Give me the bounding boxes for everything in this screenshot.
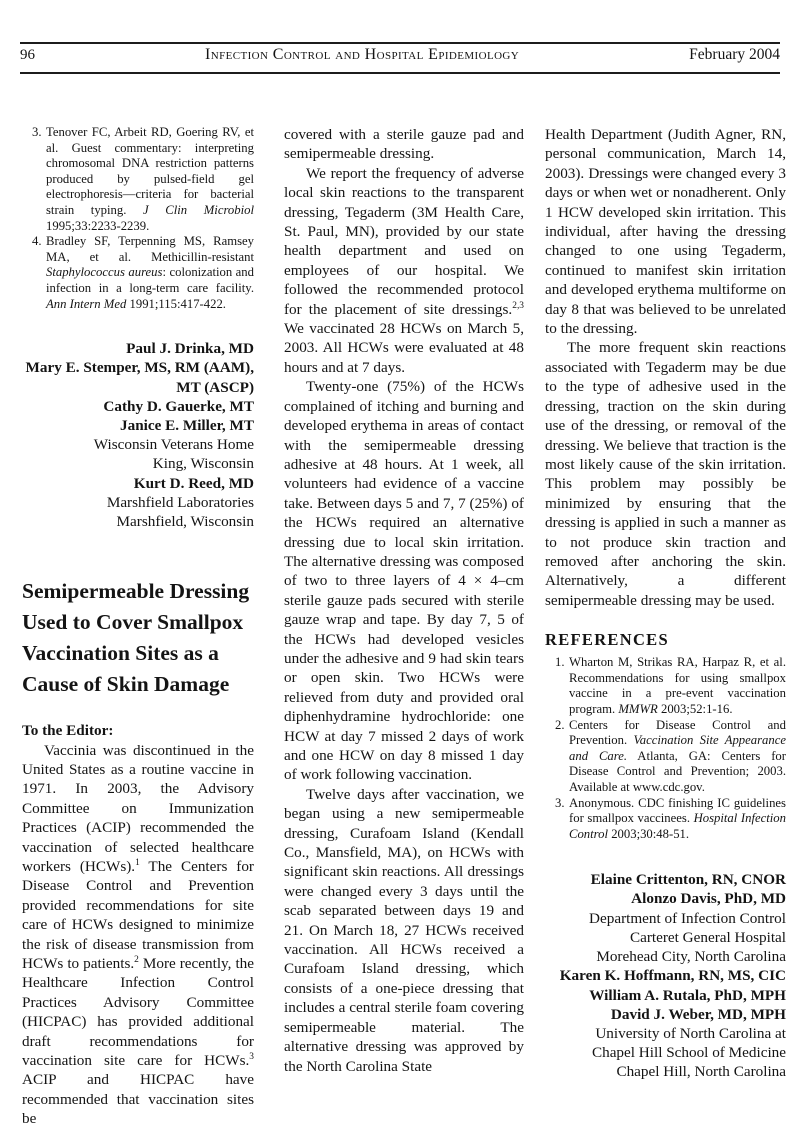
author-affiliation: Marshfield Laboratories <box>22 493 254 512</box>
reference-text: Centers for Disease Control and Preventi… <box>569 718 786 794</box>
text-run: 3 <box>249 1052 254 1062</box>
text-run: We vaccinated 28 HCWs on March 5, 2003. … <box>284 320 524 376</box>
text-run: Vaccinia was discontinued in the United … <box>22 742 254 875</box>
author-affiliation: Chapel Hill, North Carolina <box>545 1062 786 1081</box>
text-run: Health Department (Judith Agner, RN, per… <box>545 126 786 337</box>
header-rule-top <box>20 42 780 44</box>
previous-letter-references: 3.Tenover FC, Arbeit RD, Goering RV, et … <box>32 125 254 312</box>
paragraph: Vaccinia was discontinued in the United … <box>22 741 254 1127</box>
author-affiliation: Morehead City, North Carolina <box>545 947 786 966</box>
text-run: 1991;115:417-422. <box>126 297 226 311</box>
reference-text: Wharton M, Strikas RA, Harpaz R, et al. … <box>569 655 786 716</box>
author-name: Janice E. Miller, MT <box>22 416 254 435</box>
text-run: MMWR <box>618 702 657 716</box>
reference-entry: 1.Wharton M, Strikas RA, Harpaz R, et al… <box>555 655 786 717</box>
letter-body-middle: covered with a sterile gauze pad and sem… <box>284 125 524 1076</box>
text-run: Bradley SF, Terpenning MS, Ramsey MA, et… <box>46 234 254 264</box>
author-affiliation: Carteret General Hospital <box>545 928 786 947</box>
issue-date: February 2004 <box>689 46 780 64</box>
text-run: 2003;52:1-16. <box>658 702 733 716</box>
text-run: Twenty-one (75%) of the HCWs complained … <box>284 378 524 783</box>
text-run: The more frequent skin reactions associa… <box>545 339 786 608</box>
header-rule-bottom <box>20 72 780 74</box>
text-run: Ann Intern Med <box>46 297 126 311</box>
author-name: William A. Rutala, PhD, MPH <box>545 986 786 1005</box>
salutation: To the Editor: <box>22 721 254 740</box>
reference-number: 3. <box>32 125 42 141</box>
author-affiliation: Marshfield, Wisconsin <box>22 512 254 531</box>
letter-references: 1.Wharton M, Strikas RA, Harpaz R, et al… <box>555 655 786 842</box>
paragraph: Twenty-one (75%) of the HCWs complained … <box>284 377 524 785</box>
author-name: Elaine Crittenton, RN, CNOR <box>545 870 786 889</box>
running-head: 96 Infection Control and Hospital Epidem… <box>20 46 780 64</box>
author-affiliation: Chapel Hill School of Medicine <box>545 1043 786 1062</box>
author-affiliation: Department of Infection Control <box>545 909 786 928</box>
author-name: Alonzo Davis, PhD, MD <box>545 889 786 908</box>
letter-body-right: Health Department (Judith Agner, RN, per… <box>545 125 786 610</box>
letter-title: Semipermeable Dressing Used to Cover Sma… <box>22 576 254 700</box>
author-name: Kurt D. Reed, MD <box>22 474 254 493</box>
reference-text: Anonymous. CDC finishing IC guidelines f… <box>569 796 786 841</box>
paragraph: covered with a sterile gauze pad and sem… <box>284 125 524 164</box>
reference-number: 4. <box>32 234 42 250</box>
page-number: 96 <box>20 47 35 64</box>
reference-text: Tenover FC, Arbeit RD, Goering RV, et al… <box>46 125 254 233</box>
author-name: Mary E. Stemper, MS, RM (AAM), <box>22 358 254 377</box>
text-run: J Clin Microbiol <box>143 203 254 217</box>
column-right: Health Department (Judith Agner, RN, per… <box>545 125 786 1082</box>
text-run: covered with a sterile gauze pad and sem… <box>284 126 524 162</box>
paragraph: We report the frequency of adverse local… <box>284 164 524 377</box>
text-run: 1995;33:2233-2239. <box>46 219 149 233</box>
author-affiliation: King, Wisconsin <box>22 454 254 473</box>
text-run: 2,3 <box>512 301 524 311</box>
author-name: Paul J. Drinka, MD <box>22 339 254 358</box>
letter-body-left: Vaccinia was discontinued in the United … <box>22 741 254 1127</box>
reference-number: 1. <box>555 655 565 671</box>
reference-entry: 4.Bradley SF, Terpenning MS, Ramsey MA, … <box>32 234 254 312</box>
reference-entry: 3.Anonymous. CDC finishing IC guidelines… <box>555 796 786 843</box>
text-run: Staphylococcus aureus <box>46 265 162 279</box>
author-name: Cathy D. Gauerke, MT <box>22 397 254 416</box>
references-heading: REFERENCES <box>545 630 786 650</box>
reference-number: 2. <box>555 718 565 734</box>
journal-title: Infection Control and Hospital Epidemiol… <box>35 46 689 64</box>
text-run: Twelve days after vaccination, we began … <box>284 786 524 1075</box>
author-name: Karen K. Hoffmann, RN, MS, CIC <box>545 966 786 985</box>
column-left: 3.Tenover FC, Arbeit RD, Goering RV, et … <box>22 125 254 1127</box>
reference-entry: 2.Centers for Disease Control and Preven… <box>555 718 786 796</box>
paragraph: Twelve days after vaccination, we began … <box>284 785 524 1076</box>
reference-text: Bradley SF, Terpenning MS, Ramsey MA, et… <box>46 234 254 310</box>
letter-authors: Elaine Crittenton, RN, CNORAlonzo Davis,… <box>545 870 786 1081</box>
previous-letter-authors: Paul J. Drinka, MDMary E. Stemper, MS, R… <box>22 339 254 531</box>
reference-entry: 3.Tenover FC, Arbeit RD, Goering RV, et … <box>32 125 254 234</box>
author-affiliation: University of North Carolina at <box>545 1024 786 1043</box>
reference-number: 3. <box>555 796 565 812</box>
column-middle: covered with a sterile gauze pad and sem… <box>284 125 524 1076</box>
text-run: 2003;30:48-51. <box>608 827 689 841</box>
author-name: David J. Weber, MD, MPH <box>545 1005 786 1024</box>
paragraph: The more frequent skin reactions associa… <box>545 338 786 610</box>
text-run: More recently, the Healthcare Infection … <box>22 955 254 1069</box>
author-affiliation: Wisconsin Veterans Home <box>22 435 254 454</box>
text-run: We report the frequency of adverse local… <box>284 165 524 318</box>
text-run: ACIP and HICPAC have recommended that va… <box>22 1071 254 1127</box>
paragraph: Health Department (Judith Agner, RN, per… <box>545 125 786 338</box>
journal-page: 96 Infection Control and Hospital Epidem… <box>0 0 800 1127</box>
author-name: MT (ASCP) <box>22 378 254 397</box>
